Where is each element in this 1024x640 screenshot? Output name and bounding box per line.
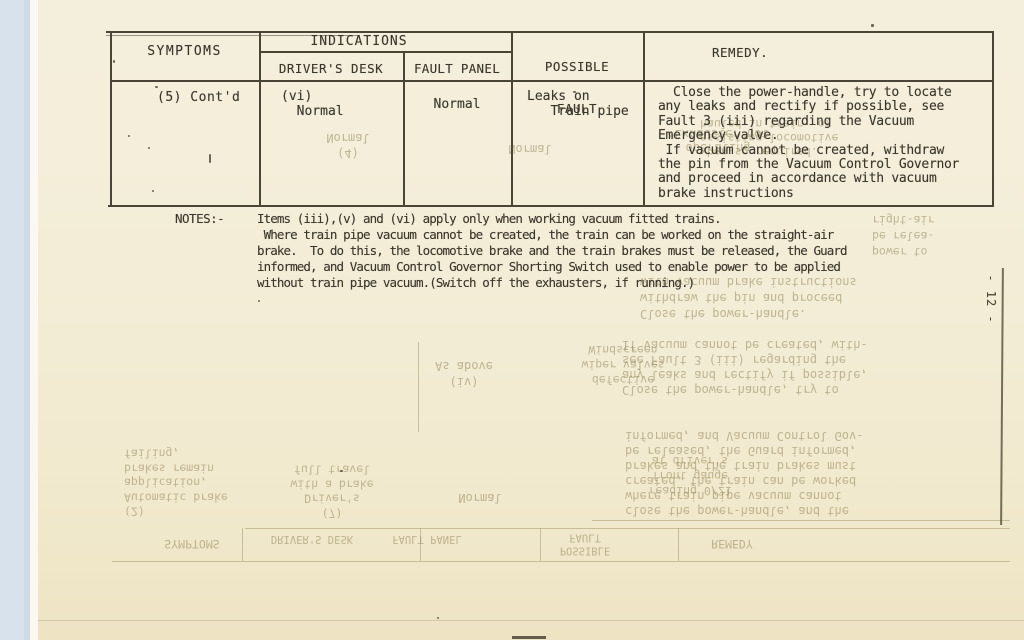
- bleed-rule-4: [420, 528, 421, 561]
- bleed-line: informed, and Vacuum Control Gov-: [625, 428, 1015, 443]
- bleed-text-16: DRIVER'S DESK: [260, 532, 364, 545]
- bleed-line: application,: [124, 475, 274, 490]
- col-rule-fault-remedy: [643, 31, 645, 206]
- col-rule-symptoms: [259, 31, 261, 206]
- bleed-rule-3: [242, 528, 243, 561]
- remedy-line-5: If vacuum cannot be created, withdraw: [658, 144, 959, 158]
- header-symptoms: SYMPTOMS: [110, 44, 259, 59]
- bleed-line: be relea-: [872, 228, 1012, 244]
- bleed-text-1: Normal(4): [288, 130, 408, 160]
- notes-line-1: Items (iii),(v) and (vi) apply only when…: [257, 211, 847, 227]
- bleed-line: (iv): [404, 374, 524, 390]
- bleed-line: at driver's: [605, 453, 775, 468]
- bleed-line: Automatic brake: [124, 490, 274, 505]
- bleed-text-17: FAULT PANEL: [380, 532, 474, 545]
- bleed-line: close the power-handle, and the: [625, 503, 1015, 518]
- bleed-line: POSSIBLE: [543, 544, 627, 557]
- header-indications: INDICATIONS: [259, 34, 459, 49]
- ink-speck-8: [871, 24, 874, 27]
- ink-speck-5: [209, 154, 211, 163]
- bleed-line: with a brake: [262, 477, 402, 492]
- bleed-text-11: failing,brakes remainapplication,Automat…: [124, 446, 274, 519]
- cell-symptom: (5) Cont'd: [157, 90, 240, 105]
- bleed-text-15: SYMPTOMS: [142, 537, 242, 550]
- bleed-line: Normal: [425, 490, 535, 505]
- table-border-bottom: [108, 205, 994, 207]
- notes-line-3: brake. To do this, the locomotive brake …: [257, 243, 847, 259]
- bleed-line: (2): [124, 504, 274, 519]
- indications-divider: [259, 51, 511, 53]
- remedy-line-8: brake instructions: [658, 187, 959, 201]
- notes-line-5: without train pipe vacuum.(Switch off th…: [257, 275, 847, 291]
- ink-speck-3: [128, 135, 130, 137]
- page-number: - 12 -: [984, 269, 998, 329]
- header-possible-fault: POSSIBLE FAULT: [511, 32, 643, 144]
- bleed-line: full travel: [262, 462, 402, 477]
- bleed-line: power to: [872, 244, 1012, 260]
- remedy-line-1: Close the power-handle, try to locate: [658, 86, 959, 100]
- bleed-line: brakes remain: [124, 461, 274, 476]
- remedy-line-4: Emergency valve.: [658, 129, 959, 143]
- blue-backing-strip: [0, 0, 30, 640]
- bleed-rule-6: [678, 528, 679, 561]
- bleed-line: (7): [262, 506, 402, 521]
- scanned-manual-page: { "document": { "page_number": "- 12 -",…: [0, 0, 1024, 640]
- ink-speck-7: [573, 91, 576, 93]
- bleed-line: defective: [548, 372, 698, 387]
- cell-remedy: Close the power-handle, try to locateany…: [658, 86, 959, 201]
- ink-speck-1: [113, 60, 115, 63]
- bleed-line: REMEDY: [682, 537, 782, 550]
- bleed-line: withdraw the pin and proceed: [640, 290, 1000, 306]
- bleed-text-12: full travelwith a brakeDriver's(7): [262, 462, 402, 520]
- ink-speck-2: [155, 86, 158, 88]
- bleed-rule-7: [592, 520, 1010, 521]
- bleed-text-5: right-airbe relea-power to: [872, 212, 1012, 260]
- header-possible-fault-line1: POSSIBLE: [511, 60, 643, 74]
- bleed-line: Driver's: [262, 491, 402, 506]
- bleed-line: Close the power-handle.: [640, 306, 1000, 322]
- bleed-text-13: Normal: [425, 490, 535, 505]
- bleed-rule-2: [112, 561, 1010, 562]
- header-remedy: REMEDY.: [712, 45, 768, 60]
- ink-speck-10: [258, 300, 260, 302]
- bleed-line: (4): [288, 145, 408, 160]
- bleed-line: reading 0/21: [605, 483, 775, 498]
- bleed-line: SYMPTOMS: [142, 537, 242, 550]
- remedy-line-2: any leaks and rectify if possible, see: [658, 100, 959, 114]
- bleed-text-9: Windscreenwiper valvesdefective: [548, 342, 698, 387]
- bleed-line: Normal: [288, 130, 408, 145]
- bleed-rule-8: [418, 342, 419, 432]
- remedy-line-3: Fault 3 (iii) regarding the Vacuum: [658, 115, 959, 129]
- cell-drivers-desk: (vi) Normal: [281, 89, 344, 119]
- cell-fault-panel: Normal: [403, 97, 511, 112]
- notes-line-2: Where train pipe vacuum cannot be create…: [257, 227, 847, 243]
- bleed-line: wiper valves: [548, 357, 698, 372]
- bleed-rule-5: [540, 528, 541, 561]
- bleed-line: failing,: [124, 446, 274, 461]
- paper-crease: [38, 620, 1024, 621]
- header-fault-panel: FAULT PANEL: [403, 61, 511, 76]
- notes-line-4: informed, and Vacuum Control Governor Sh…: [257, 259, 847, 275]
- bleed-text-8: As above(iv): [404, 358, 524, 390]
- bleed-line: FAULT PANEL: [380, 532, 474, 545]
- ink-speck-6: [152, 190, 154, 192]
- bleed-line: right-air: [872, 212, 1012, 228]
- remedy-line-7: and proceed in accordance with vacuum: [658, 172, 959, 186]
- table-border-right: [992, 31, 994, 206]
- notes-label: NOTES:-: [175, 211, 224, 226]
- remedy-line-6: the pin from the Vacuum Control Governor: [658, 158, 959, 172]
- bleed-line: As above: [404, 358, 524, 374]
- bleed-text-19: REMEDY: [682, 537, 782, 550]
- ink-speck-4: [148, 147, 150, 149]
- page-edge-highlight: [30, 0, 38, 640]
- bleed-line: FAULT: [543, 531, 627, 544]
- bottom-edge-mark: [512, 636, 546, 639]
- bleed-text-14: at driver'sfront gaugereading 0/21: [605, 453, 775, 498]
- notes-text: Items (iii),(v) and (vi) apply only when…: [257, 211, 847, 291]
- cell-possible-fault: Leaks on Train pipe: [527, 90, 629, 119]
- ink-speck-9: [437, 617, 439, 619]
- bleed-line: DRIVER'S DESK: [260, 532, 364, 545]
- bleed-line: Windscreen: [548, 342, 698, 357]
- ink-speck-11: [340, 470, 343, 472]
- bleed-text-18: FAULTPOSSIBLE: [543, 531, 627, 556]
- bleed-rule-1: [245, 528, 1010, 529]
- header-drivers-desk: DRIVER'S DESK: [259, 61, 403, 76]
- bleed-line: front gauge: [605, 468, 775, 483]
